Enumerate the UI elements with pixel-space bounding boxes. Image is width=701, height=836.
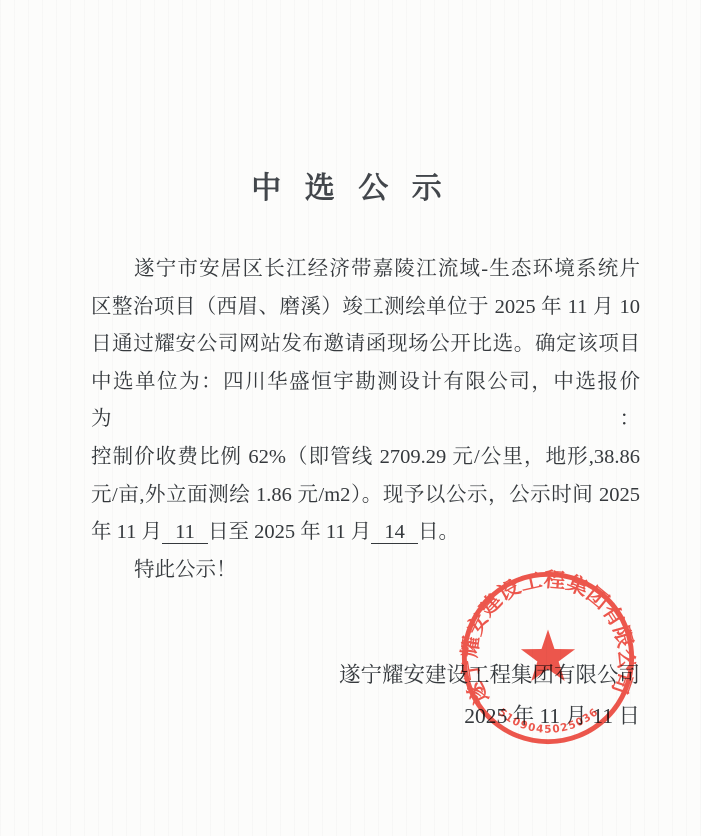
page-title: 中 选 公 示 [0,163,701,207]
body-line: 区整治项目（西眉、磨溪）竣工测绘单位于 2025 年 11 月 10 [91,289,640,327]
body-line: 遂宁市安居区长江经济带嘉陵江流域-生态环境系统片 [91,251,640,289]
underlined-date-value: 14 [371,521,418,544]
body-text-segment: 中选单位为：四川华盛恒宇勘测设计有限公司，中选报价为： [91,371,640,431]
body-text-segment: 日通过耀安公司网站发布邀请函现场公开比选。确定该项目 [91,333,640,355]
body-text-segment: 日。 [418,521,459,543]
announcement-body: 遂宁市安居区长江经济带嘉陵江流域-生态环境系统片区整治项目（西眉、磨溪）竣工测绘… [91,251,640,589]
body-text-segment: 控制价收费比例 62%（即管线 2709.29 元/公里，地形,38.86 [91,446,640,468]
body-text-segment: 日至 2025 年 11 月 [208,521,371,543]
body-text-segment: 元/亩,外立面测绘 1.86 元/m2）。现予以公示，公示时间 2025 [91,484,640,506]
signature-date: 2025 年 11 月 11 日 [339,696,640,737]
body-line: 特此公示！ [91,552,640,590]
announcement-page: 中 选 公 示 遂宁市安居区长江经济带嘉陵江流域-生态环境系统片区整治项目（西眉… [0,0,701,836]
signature-block: 遂宁耀安建设工程集团有限公司 2025 年 11 月 11 日 [339,655,640,737]
body-text-segment: 年 11 月 [91,521,162,543]
body-line: 中选单位为：四川华盛恒宇勘测设计有限公司，中选报价为： [91,364,640,439]
body-line: 日通过耀安公司网站发布邀请函现场公开比选。确定该项目 [91,326,640,364]
body-text-segment: 区整治项目（西眉、磨溪）竣工测绘单位于 2025 年 11 月 10 [91,296,640,318]
underlined-date-value: 11 [162,521,208,544]
body-text-segment: 遂宁市安居区长江经济带嘉陵江流域-生态环境系统片 [134,258,640,280]
signature-company: 遂宁耀安建设工程集团有限公司 [339,655,640,696]
body-line: 元/亩,外立面测绘 1.86 元/m2）。现予以公示，公示时间 2025 [91,477,640,515]
body-text-segment: 特此公示！ [134,559,237,581]
body-line: 年 11 月 11 日至 2025 年 11 月 14 日。 [91,514,640,552]
body-line: 控制价收费比例 62%（即管线 2709.29 元/公里，地形,38.86 [91,439,640,477]
